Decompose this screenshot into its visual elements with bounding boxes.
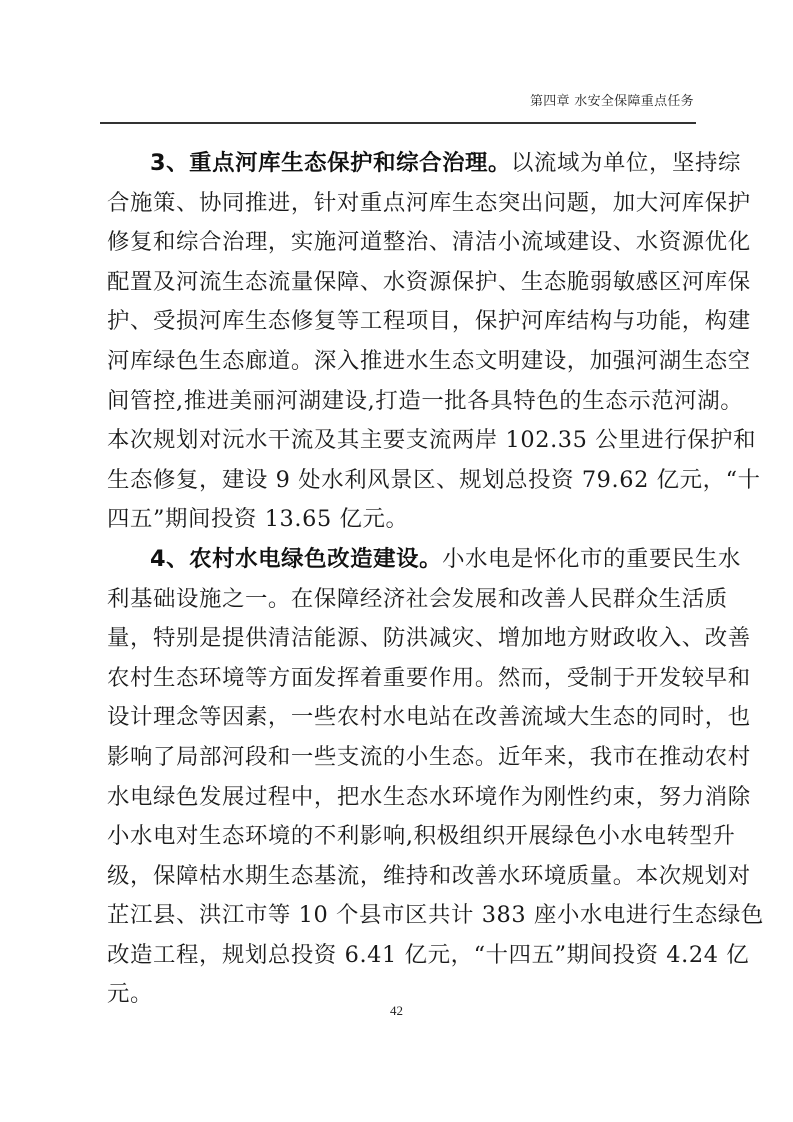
page-number: 42	[0, 1003, 793, 1019]
paragraph-line: 水电绿色发展过程中，把水生态水环境作为刚性约束，努力消除	[107, 778, 697, 818]
paragraph-line: 量，特别是提供清洁能源、防洪减灾、增加地方财政收入、改善	[107, 619, 697, 659]
section-heading: 4、农村水电绿色改造建设。	[150, 546, 442, 572]
paragraph-line: 配置及河流生态流量保障、水资源保护、生态脆弱敏感区河库保	[107, 263, 697, 303]
paragraph-line: 4、农村水电绿色改造建设。小水电是怀化市的重要民生水	[107, 540, 697, 580]
paragraph-line: 生态修复，建设 9 处水利风景区、规划总投资 79.62 亿元，“十	[107, 461, 697, 501]
paragraph-line: 河库绿色生态廊道。深入推进水生态文明建设，加强河湖生态空	[107, 342, 697, 382]
paragraph-line: 芷江县、洪江市等 10 个县市区共计 383 座小水电进行生态绿色	[107, 896, 697, 936]
paragraph-line: 修复和综合治理，实施河道整治、清洁小流域建设、水资源优化	[107, 223, 697, 263]
chapter-title: 第四章 水安全保障重点任务	[530, 90, 694, 109]
paragraph-text: 小水电是怀化市的重要民生水	[442, 546, 741, 572]
paragraph-line: 利基础设施之一。在保障经济社会发展和改善人民群众生活质	[107, 580, 697, 620]
paragraph-line: 四五”期间投资 13.65 亿元。	[107, 500, 697, 540]
paragraph-text: 以流域为单位，坚持综	[511, 150, 741, 176]
paragraph-line: 农村生态环境等方面发挥着重要作用。然而，受制于开发较早和	[107, 659, 697, 699]
paragraph-line: 设计理念等因素，一些农村水电站在改善流域大生态的同时，也	[107, 698, 697, 738]
paragraph-line: 间管控,推进美丽河湖建设,打造一批各具特色的生态示范河湖。	[107, 382, 697, 422]
paragraph-line: 3、重点河库生态保护和综合治理。以流域为单位，坚持综	[107, 144, 697, 184]
paragraph-line: 级，保障枯水期生态基流，维持和改善水环境质量。本次规划对	[107, 857, 697, 897]
page-header: 第四章 水安全保障重点任务	[100, 88, 696, 124]
paragraph-line: 本次规划对沅水干流及其主要支流两岸 102.35 公里进行保护和	[107, 421, 697, 461]
paragraph-line: 改造工程，规划总投资 6.41 亿元，“十四五”期间投资 4.24 亿	[107, 936, 697, 976]
paragraph-line: 小水电对生态环境的不利影响,积极组织开展绿色小水电转型升	[107, 817, 697, 857]
section-river-ecology: 3、重点河库生态保护和综合治理。以流域为单位，坚持综 合施策、协同推进，针对重点…	[107, 144, 697, 540]
paragraph-line: 影响了局部河段和一些支流的小生态。近年来，我市在推动农村	[107, 738, 697, 778]
paragraph-line: 护、受损河库生态修复等工程项目，保护河库结构与功能，构建	[107, 302, 697, 342]
paragraph-line: 合施策、协同推进，针对重点河库生态突出问题，加大河库保护	[107, 184, 697, 224]
section-hydropower-green: 4、农村水电绿色改造建设。小水电是怀化市的重要民生水 利基础设施之一。在保障经济…	[107, 540, 697, 1015]
section-heading: 3、重点河库生态保护和综合治理。	[150, 150, 511, 176]
body-text: 3、重点河库生态保护和综合治理。以流域为单位，坚持综 合施策、协同推进，针对重点…	[107, 144, 697, 1015]
